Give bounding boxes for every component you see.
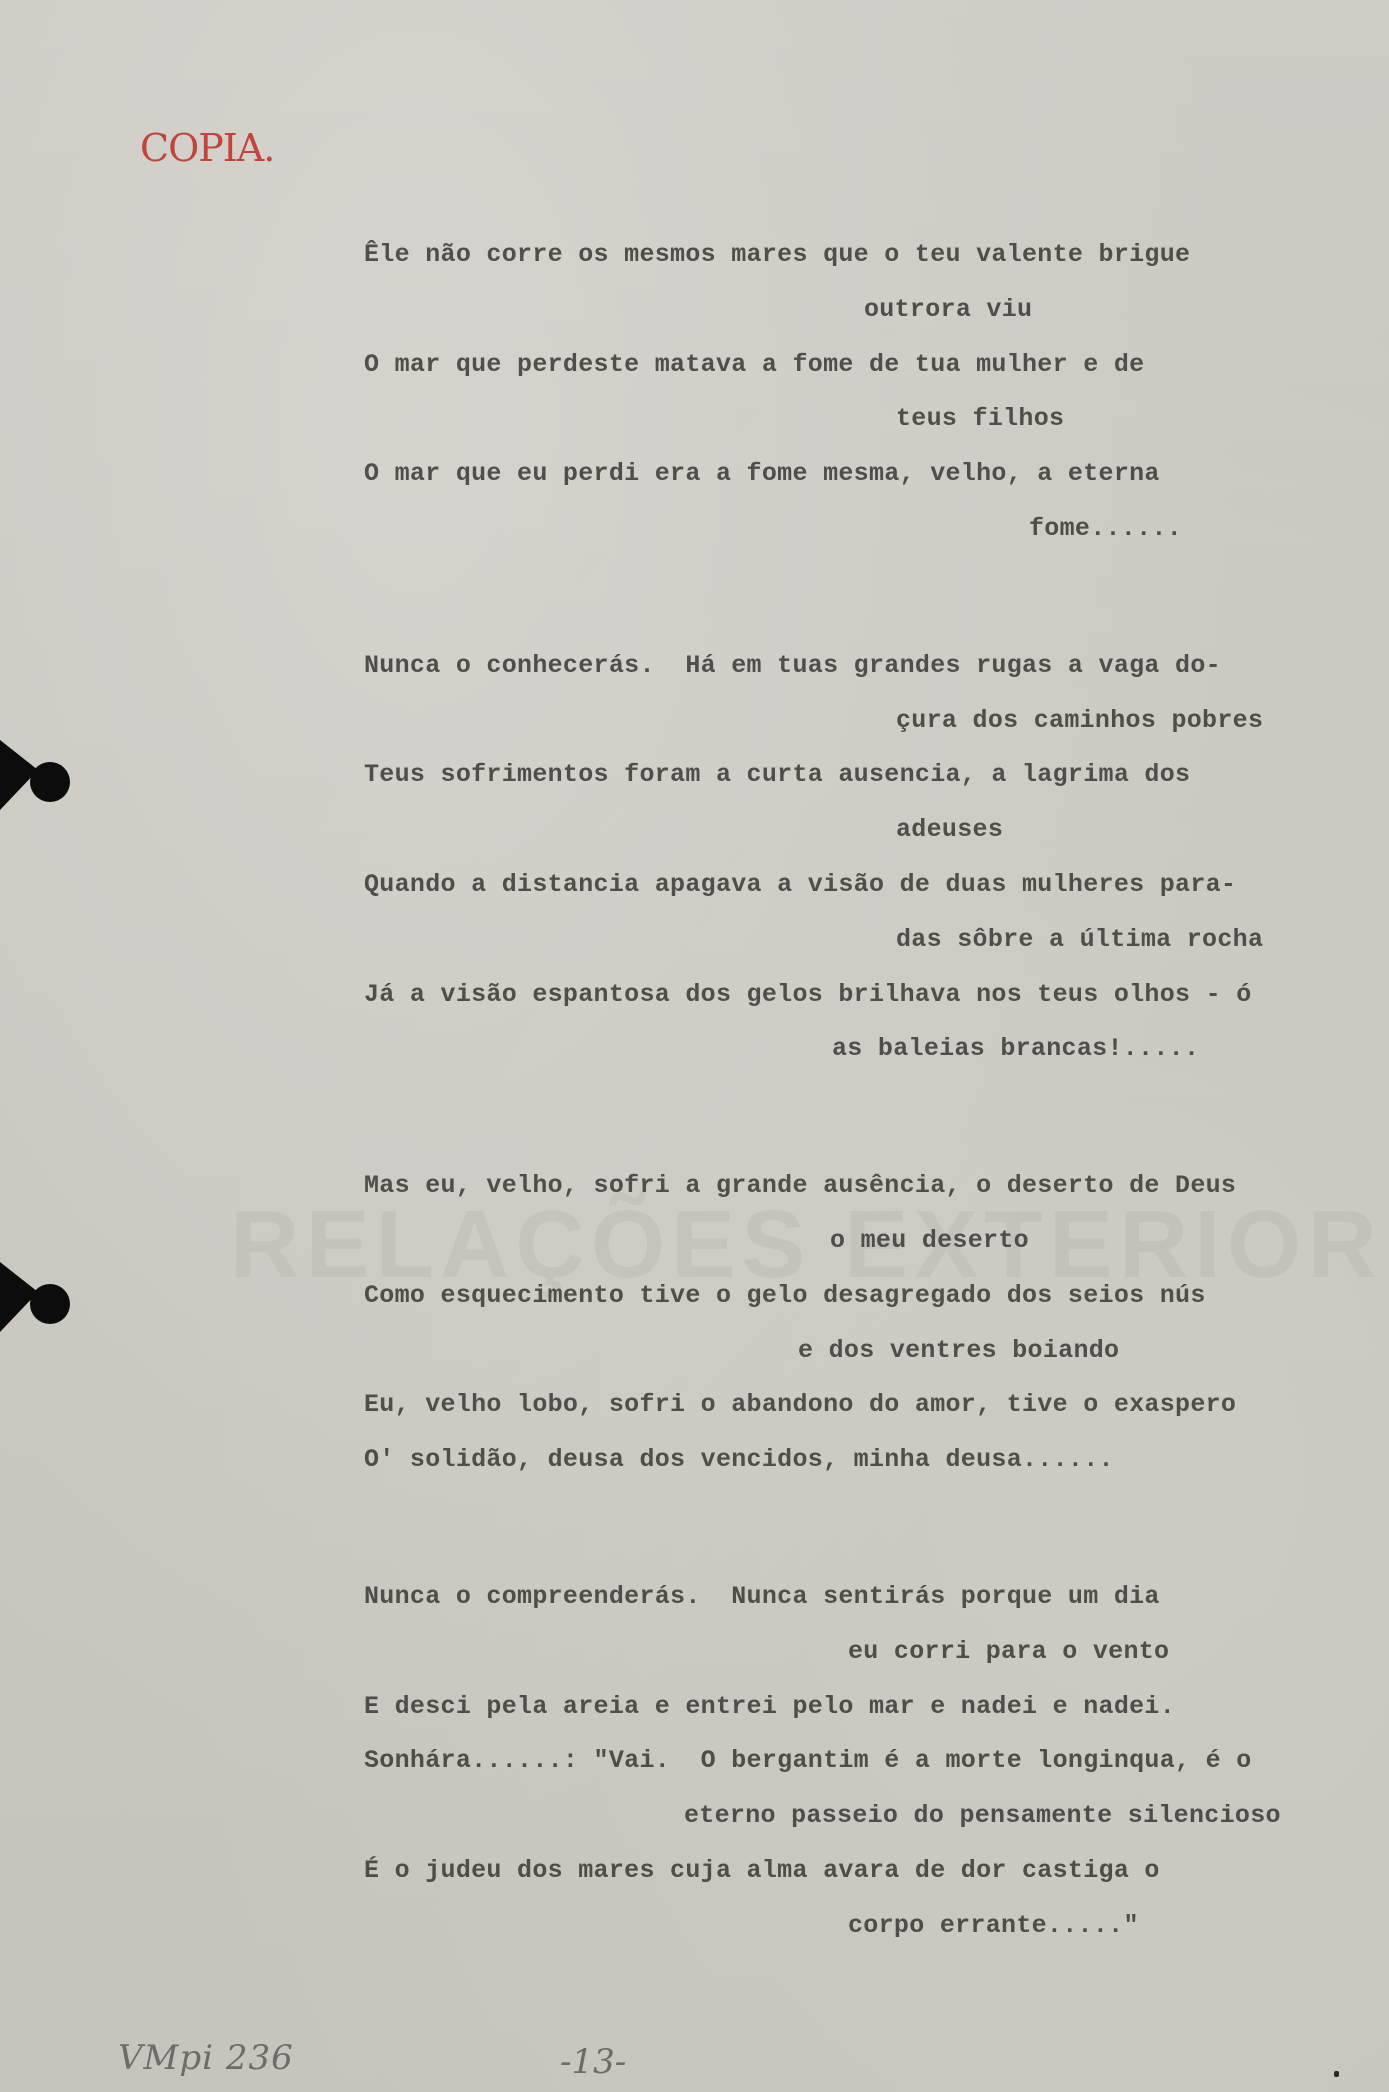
stanza-gap (364, 1488, 1364, 1570)
poem-line: e dos ventres boiando (364, 1324, 1364, 1379)
poem-line: O' solidão, deusa dos vencidos, minha de… (364, 1433, 1364, 1488)
poem-line: Teus sofrimentos foram a curta ausencia,… (364, 748, 1364, 803)
poem-line: outrora viu (364, 283, 1364, 338)
poem-line: adeuses (364, 803, 1364, 858)
poem-line: Nunca o conhecerás. Há em tuas grandes r… (364, 639, 1364, 694)
stanza: Nunca o conhecerás. Há em tuas grandes r… (364, 639, 1364, 1077)
poem-line: fome...... (364, 502, 1364, 557)
stanza: Êle não corre os mesmos mares que o teu … (364, 228, 1364, 557)
poem-line: teus filhos (364, 392, 1364, 447)
punch-hole-icon (0, 740, 72, 820)
document-page: RELAÇÕES EXTERIORES COPIA. Êle não corre… (0, 0, 1389, 2092)
poem-line: Como esquecimento tive o gelo desagregad… (364, 1269, 1364, 1324)
poem-line: corpo errante....." (364, 1899, 1364, 1954)
poem-line: eu corri para o vento (364, 1625, 1364, 1680)
copy-stamp: COPIA. (140, 126, 274, 170)
stanza: Nunca o compreenderás. Nunca sentirás po… (364, 1570, 1364, 1954)
punch-hole-icon (0, 1262, 72, 1342)
stanza-gap (364, 557, 1364, 639)
page-number: -13- (560, 2042, 626, 2082)
poem-line: É o judeu dos mares cuja alma avara de d… (364, 1844, 1364, 1899)
poem-line: eterno passeio do pensamente silencioso (364, 1789, 1364, 1844)
poem-line: Eu, velho lobo, sofri o abandono do amor… (364, 1378, 1364, 1433)
poem-line: Quando a distancia apagava a visão de du… (364, 858, 1364, 913)
poem-line: Mas eu, velho, sofri a grande ausência, … (364, 1159, 1364, 1214)
poem-line: E desci pela areia e entrei pelo mar e n… (364, 1680, 1364, 1735)
stanza: Mas eu, velho, sofri a grande ausência, … (364, 1159, 1364, 1488)
poem-line: o meu deserto (364, 1214, 1364, 1269)
catalog-mark: VMpi 236 (118, 2038, 294, 2078)
poem-line: Sonhára......: "Vai. O bergantim é a mor… (364, 1734, 1364, 1789)
poem-body: Êle não corre os mesmos mares que o teu … (364, 228, 1364, 1954)
poem-line: Êle não corre os mesmos mares que o teu … (364, 228, 1364, 283)
poem-line: Já a visão espantosa dos gelos brilhava … (364, 968, 1364, 1023)
poem-line: O mar que perdeste matava a fome de tua … (364, 338, 1364, 393)
poem-line: das sôbre a última rocha (364, 913, 1364, 968)
stanza-gap (364, 1077, 1364, 1159)
ink-speck (1334, 2071, 1339, 2077)
poem-line: O mar que eu perdi era a fome mesma, vel… (364, 447, 1364, 502)
poem-line: çura dos caminhos pobres (364, 694, 1364, 749)
poem-line: Nunca o compreenderás. Nunca sentirás po… (364, 1570, 1364, 1625)
poem-line: as baleias brancas!..... (364, 1022, 1364, 1077)
